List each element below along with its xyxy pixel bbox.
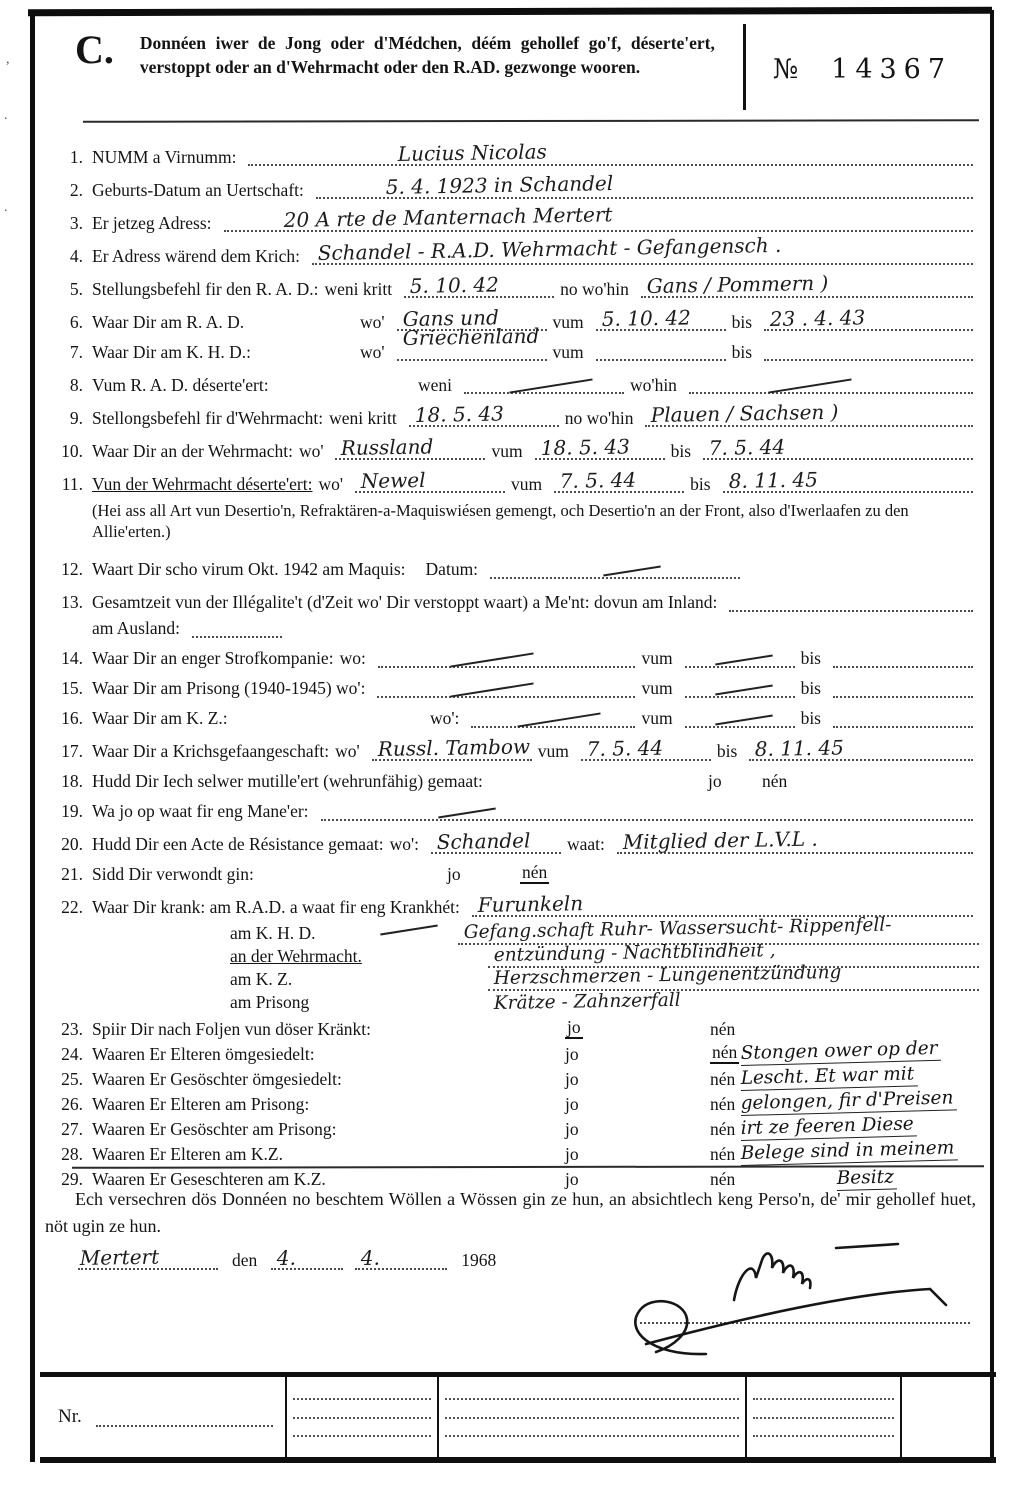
item-number: 14. [45, 650, 83, 668]
item-number: 19. [45, 803, 83, 821]
item-label: Hudd Dir Iech selwer mutille'ert (wehrun… [92, 773, 483, 791]
wo-label: wo': [390, 836, 419, 854]
handwritten-value: Gans / Pommern ) [646, 271, 828, 298]
header-rule [83, 119, 979, 123]
form-item-11: 11. Vun der Wehrmacht déserte'ert: wo' N… [45, 465, 979, 498]
blank-dash [450, 652, 533, 667]
form-item-9: 9. Stellongsbefehl fir d'Wehrmacht: weni… [45, 399, 979, 432]
sub-label-text: am K. Z. [230, 969, 292, 989]
item-label: Waar Dir an enger Strofkompanie: [92, 650, 334, 668]
table-dotted-row [753, 1434, 894, 1437]
blank-field [377, 692, 635, 698]
bis-label: bis [671, 443, 691, 461]
date-field [596, 355, 726, 361]
bis-label: bis [732, 344, 752, 362]
handwritten-note: Stongen ower op der [740, 1038, 940, 1066]
signature [608, 1232, 988, 1357]
blank-dash [769, 378, 852, 393]
year-label: 1968 [461, 1252, 496, 1270]
signature-loop [635, 1301, 706, 1354]
form-items: 1. NUMM a Virnumm: Lucius Nicolas 2. Geb… [45, 138, 979, 1194]
no-wohin-label: no wo'hin [565, 410, 634, 428]
item-label: Waar Dir krank: am R.A.D. a waat fir eng… [92, 899, 460, 917]
handwritten-value: 5. 10. 42 [601, 305, 690, 331]
wo-label: wo' [360, 344, 385, 362]
item-22-sub-labels: am K. H. D. an der Wehrmacht. am K. Z. a… [230, 922, 458, 1018]
nr-cell: Nr. [40, 1377, 285, 1457]
place-field: Schandel [431, 848, 561, 854]
numero-sign: № [773, 54, 799, 85]
answer-field: Mitglied der L.V.L . [617, 848, 973, 854]
sub-label-text: am Prisong [230, 992, 309, 1012]
item-label: Hudd Dir een Acte de Résistance gemaat: [92, 836, 384, 854]
handwritten-place: Mertert [80, 1244, 160, 1269]
wo-label: wo: [340, 650, 366, 668]
item-number: 3. [45, 215, 83, 233]
handwritten-value: 5. 4. 1923 in Schandel [385, 171, 613, 199]
item-label: Er Adress wärend dem Krich: [92, 248, 300, 266]
place-field: Plauen / Sachsen ) [645, 421, 973, 427]
item-number: 18. [45, 773, 83, 791]
nen-option: nén [520, 864, 549, 884]
illness-line: Herzschmerzen - Lungenentzündung [488, 968, 979, 991]
form-item-14: 14. Waar Dir an enger Strofkompanie: wo:… [45, 643, 979, 673]
section-letter: C. [75, 30, 114, 70]
jo-option: jo [565, 1096, 579, 1114]
answer-field: 20 A rte de Manternach Mertert [224, 226, 973, 232]
date-field: 8. 11. 45 [749, 755, 973, 761]
jo-option: jo [447, 866, 461, 884]
form-item-7: 7. Waar Dir am K. H. D.: wo' Griechenlan… [45, 336, 979, 366]
item-number: 2. [45, 182, 83, 200]
wo-label: wo' [319, 476, 344, 494]
no-wohin-label: no wo'hin [560, 281, 629, 299]
handwritten-value: 7. 5. 44 [586, 736, 663, 761]
numero-value: 14367 [831, 54, 952, 85]
date-field: 18. 5. 43 [535, 454, 665, 460]
place-field: Newel [355, 487, 505, 493]
handwritten-note: gelongen, fir d'Preisen [740, 1087, 956, 1116]
wo-label: wo' [299, 443, 324, 461]
form-item-2: 2. Geburts-Datum an Uertschaft: 5. 4. 19… [45, 171, 979, 204]
item-label2: am Ausland: [92, 620, 180, 638]
sub-label-text: am K. H. D. [230, 923, 316, 943]
item-22-illness-notes: Gefang.schaft Ruhr- Wassersucht- Rippenf… [458, 922, 979, 1018]
handwritten-value: 7. 5. 44 [709, 435, 786, 460]
handwritten-value: Newel [361, 468, 426, 493]
item-number: 16. [45, 710, 83, 728]
item-label: Waar Dir am K. H. D.: [92, 344, 354, 362]
item-label: Vun der Wehrmacht déserte'ert: [92, 476, 313, 494]
handwritten-value: 7. 5. 44 [560, 468, 637, 493]
date-field: 8. 11. 45 [723, 487, 973, 493]
item-number: 26. [45, 1096, 83, 1114]
date-field: 23 . 4. 43 [764, 325, 973, 331]
item-label: Waart Dir scho virum Okt. 1942 am Maquis… [92, 561, 406, 579]
table-cell [285, 1377, 437, 1457]
item-label: Stellongsbefehl fir d'Wehrmacht: [92, 410, 323, 428]
handwritten-note: irt ze feeren Diese [740, 1113, 917, 1141]
signature-scrawl [734, 1253, 810, 1300]
signature-stroke [646, 1289, 946, 1344]
item-number: 12. [45, 561, 83, 579]
jo-option: jo [565, 1046, 579, 1064]
form-item-4: 4. Er Adress wärend dem Krich: Schandel … [45, 237, 979, 270]
form-item-5: 5. Stellungsbefehl fir den R. A. D.: wen… [45, 270, 979, 303]
table-dotted-row [753, 1416, 894, 1419]
wohin-label: wo'hin [630, 377, 677, 395]
wo-label: wo' [335, 743, 360, 761]
blank-dash [716, 714, 774, 725]
date-field: 5. 10. 42 [404, 292, 554, 298]
handwritten-value: 8. 11. 45 [755, 735, 844, 761]
table-dotted-row [293, 1397, 431, 1400]
answer-field: Lucius Nicolas [248, 160, 973, 166]
item-label: Waar Dir an der Wehrmacht: [92, 443, 293, 461]
handwritten-value: entzündung - Nachtblindheit , [494, 940, 776, 966]
handwritten-value: Lucius Nicolas [398, 139, 547, 166]
nen-option: nén [710, 1096, 735, 1114]
page-border-top [28, 7, 992, 17]
item-label: Spiir Dir nach Foljen vun döser Kränkt: [92, 1021, 371, 1039]
sub-label-wehrmacht: an der Wehrmacht. [230, 945, 458, 968]
blank-field [685, 662, 795, 668]
answer-field: Schandel - R.A.D. Wehrmacht - Gefangensc… [312, 259, 973, 265]
vum-label: vum [553, 344, 584, 362]
blank-field [321, 815, 973, 821]
item-number: 7. [45, 344, 83, 362]
item-label: Waar Dir a Krichsgefaangeschaft: [92, 743, 329, 761]
item-label: Gesamtzeit vun der Illégalite't (d'Zeit … [92, 594, 717, 612]
blank-field [685, 692, 795, 698]
form-item-17: 17. Waar Dir a Krichsgefaangeschaft: wo'… [45, 733, 979, 766]
handwritten-note: Belege sind in meinem [740, 1137, 957, 1166]
blank-field [471, 722, 635, 728]
bis-label: bis [732, 314, 752, 332]
blank-field [833, 722, 973, 728]
blank-dash [509, 378, 592, 393]
item-label: Wa jo op waat fir eng Mane'er: [92, 803, 309, 821]
form-item-21: 21. Sidd Dir verwondt gin: jo nén [45, 859, 979, 889]
sub-label-kz: am K. Z. [230, 968, 458, 991]
item-label: Er jetzeg Adress: [92, 215, 212, 233]
date-field [764, 355, 973, 361]
nen-option: nén [762, 773, 787, 791]
item-number: 4. [45, 248, 83, 266]
form-item-16: 16. Waar Dir am K. Z.: wo': vum bis [45, 703, 979, 733]
item-number: 15. [45, 680, 83, 698]
sub-label-khd: am K. H. D. [230, 922, 458, 945]
answer-field [729, 606, 973, 612]
table-cell [745, 1377, 900, 1457]
form-item-8: 8. Vum R. A. D. déserte'ert: weni wo'hin [45, 366, 979, 399]
nr-field [96, 1421, 273, 1427]
form-item-18: 18. Hudd Dir Iech selwer mutille'ert (we… [45, 766, 979, 796]
wo-label: wo': [430, 710, 459, 728]
handwritten-value: 23 . 4. 43 [770, 305, 866, 331]
date-field: 5. 10. 42 [596, 325, 726, 331]
form-header: C. Donnéen iwer de Jong oder d'Médchen, … [45, 22, 979, 110]
place-field: Gans / Pommern ) [641, 292, 973, 298]
handwritten-value: Furunkeln [477, 891, 583, 917]
scanned-form-page: , . . C. Donnéen iwer de Jong oder d'Méd… [0, 0, 1024, 1498]
date-field: 18. 5. 43 [409, 421, 559, 427]
page-border-left [30, 10, 35, 1462]
vum-label: vum [491, 443, 522, 461]
wo-label: wo' [360, 314, 385, 332]
item-number: 1. [45, 149, 83, 167]
blank-dash [380, 924, 438, 935]
form-item-3: 3. Er jetzeg Adress: 20 A rte de Mantern… [45, 204, 979, 237]
date-field [490, 573, 740, 579]
item-number: 5. [45, 281, 83, 299]
sub-label-text: an der Wehrmacht. [230, 946, 362, 966]
handwritten-value: Krätze - Zahnzerfall [494, 990, 681, 1014]
item-number: 22. [45, 899, 83, 917]
item-label: NUMM a Virnumm: [92, 149, 236, 167]
vum-label: vum [641, 650, 672, 668]
scan-artifact: . [4, 108, 8, 124]
den-label: den [232, 1252, 257, 1270]
form-content: C. Donnéen iwer de Jong oder d'Médchen, … [45, 22, 979, 1194]
answer-field: Furunkeln [472, 911, 973, 917]
bis-label: bis [717, 743, 737, 761]
item-number: 11. [45, 476, 83, 494]
jo-option: jo [565, 1071, 579, 1089]
sub-label-prisong: am Prisong [230, 991, 458, 1014]
form-item-15: 15. Waar Dir am Prisong (1940-1945) wo':… [45, 673, 979, 703]
table-dotted-row [445, 1397, 739, 1400]
form-number: № 14367 [746, 54, 979, 85]
handwritten-value: 8. 11. 45 [728, 467, 817, 493]
illness-line: Krätze - Zahnzerfall [488, 991, 768, 1014]
item-number: 6. [45, 314, 83, 332]
item-number: 23. [45, 1021, 83, 1039]
item-number: 25. [45, 1071, 83, 1089]
item-label: Sidd Dir verwondt gin: [92, 866, 254, 884]
table-dotted-row [753, 1397, 894, 1400]
vum-label: vum [511, 476, 542, 494]
place-field: Russland [335, 454, 485, 460]
vum-label: vum [553, 314, 584, 332]
month-field: 4. [355, 1264, 447, 1270]
blank-field [685, 722, 795, 728]
jo-option: jo [565, 1019, 583, 1039]
item-number: 21. [45, 866, 83, 884]
handwritten-value: Schandel [437, 828, 531, 854]
nen-option: nén [710, 1044, 739, 1064]
answer-field [192, 632, 282, 638]
vum-label: vum [641, 710, 672, 728]
blank-dash [450, 682, 533, 697]
item-number: 28. [45, 1146, 83, 1164]
bis-label: bis [801, 650, 821, 668]
scan-artifact: , [6, 52, 10, 68]
nen-option: nén [710, 1021, 735, 1039]
handwritten-value: Griechenland [402, 324, 539, 350]
date-field: 7. 5. 44 [581, 755, 711, 761]
handwritten-value: Schandel - R.A.D. Wehrmacht - Gefangensc… [318, 233, 782, 265]
item-label: Geburts-Datum an Uertschaft: [92, 182, 304, 200]
datum-label: Datum: [426, 561, 479, 579]
place-field: Russl. Tambow [372, 755, 532, 761]
vum-label: vum [641, 680, 672, 698]
item-label: Waar Dir am K. Z.: [92, 710, 424, 728]
vum-label: vum [538, 743, 569, 761]
bis-label: bis [801, 710, 821, 728]
item-label: Waaren Er Elteren ömgesiedelt: [92, 1046, 315, 1064]
item-number: 10. [45, 443, 83, 461]
blank-dash [438, 807, 496, 818]
blank-field [689, 388, 973, 394]
handwritten-day: 4. [277, 1245, 297, 1269]
answer-field: 5. 4. 1923 in Schandel [316, 193, 973, 199]
scan-artifact: . [4, 200, 8, 216]
table-dotted-row [445, 1416, 739, 1419]
form-item-10: 10. Waar Dir an der Wehrmacht: wo' Russl… [45, 432, 979, 465]
nen-option: nén [710, 1146, 735, 1164]
place-field: Mertert [78, 1264, 218, 1270]
nen-option: nén [710, 1071, 735, 1089]
item-label: Waaren Er Elteren am Prisong: [92, 1096, 309, 1114]
handwritten-value: Plauen / Sachsen ) [651, 400, 839, 427]
jo-option: jo [708, 773, 722, 791]
item-22-sub-block: am K. H. D. an der Wehrmacht. am K. Z. a… [230, 922, 979, 1018]
form-item-1: 1. NUMM a Virnumm: Lucius Nicolas [45, 138, 979, 171]
table-dotted-row [293, 1416, 431, 1419]
item-label: Waaren Er Gesöschter ömgesiedelt: [92, 1071, 342, 1089]
handwritten-month: 4. [361, 1245, 381, 1269]
blank-dash [518, 712, 601, 727]
handwritten-value: 5. 10. 42 [410, 272, 499, 298]
item-label: Vum R. A. D. déserte'ert: [92, 377, 412, 395]
blank-dash [716, 654, 774, 665]
blank-dash [716, 684, 774, 695]
form-item-13b: am Ausland: [45, 617, 979, 643]
jo-option: jo [565, 1146, 579, 1164]
date-line: Mertert den 4. 4. 1968 [72, 1252, 504, 1270]
item-label: Waar Dir am R. A. D. [92, 314, 354, 332]
blank-dash [603, 565, 661, 576]
form-item-12: 12. Waart Dir scho virum Okt. 1942 am Ma… [45, 551, 979, 584]
table-dotted-row [445, 1434, 739, 1437]
signature-dash [836, 1244, 898, 1248]
handwritten-note: Lescht. Et war mit [740, 1063, 917, 1091]
table-cell [900, 1377, 996, 1457]
date-field: 7. 5. 44 [554, 487, 684, 493]
item-label: Waaren Er Gesöschter am Prisong: [92, 1121, 337, 1139]
nen-option: nén [710, 1121, 735, 1139]
item-number: 24. [45, 1046, 83, 1064]
blank-field [378, 662, 636, 668]
weni-kritt-label: weni kritt [325, 281, 393, 299]
item-11-note: (Hei ass all Art vun Desertio'n, Refrakt… [92, 500, 952, 543]
handwritten-value: Russland [341, 434, 434, 460]
waat-label: waat: [567, 836, 605, 854]
day-field: 4. [271, 1264, 343, 1270]
bis-label: bis [690, 476, 710, 494]
item-number: 13. [45, 594, 83, 612]
weni-label: weni [418, 377, 452, 395]
jo-option: jo [565, 1121, 579, 1139]
item-number: 8. [45, 377, 83, 395]
form-title: Donnéen iwer de Jong oder d'Médchen, déé… [140, 32, 715, 79]
item-number: 17. [45, 743, 83, 761]
form-item-20: 20. Hudd Dir een Acte de Résistance gema… [45, 826, 979, 859]
table-cell [437, 1377, 745, 1457]
weni-kritt-label: weni kritt [329, 410, 397, 428]
place-field: Griechenland [397, 355, 547, 361]
page-border-right [990, 10, 994, 1462]
handwritten-value: Mitglied der L.V.L . [622, 826, 817, 853]
form-item-19: 19. Wa jo op waat fir eng Mane'er: [45, 796, 979, 826]
item-label: Waaren Er Elteren am K.Z. [92, 1146, 283, 1164]
handwritten-value: 20 A rte de Manternach Mertert [283, 202, 612, 232]
item-number: 20. [45, 836, 83, 854]
blank-field [833, 692, 973, 698]
item-label: Stellungsbefehl fir den R. A. D.: [92, 281, 319, 299]
handwritten-value: 18. 5. 43 [414, 401, 503, 427]
footer-table: Nr. [40, 1372, 996, 1463]
table-dotted-row [293, 1434, 431, 1437]
handwritten-value: Russl. Tambow [377, 734, 530, 761]
item-number: 27. [45, 1121, 83, 1139]
blank-field [833, 662, 973, 668]
nr-label: Nr. [58, 1406, 82, 1428]
form-item-13: 13. Gesamtzeit vun der Illégalite't (d'Z… [45, 584, 979, 617]
handwritten-value: 18. 5. 43 [540, 434, 629, 460]
item-label: Waar Dir am Prisong (1940-1945) wo': [92, 680, 365, 698]
item-number: 9. [45, 410, 83, 428]
date-field: 7. 5. 44 [703, 454, 973, 460]
blank-field [464, 388, 624, 394]
bis-label: bis [801, 680, 821, 698]
